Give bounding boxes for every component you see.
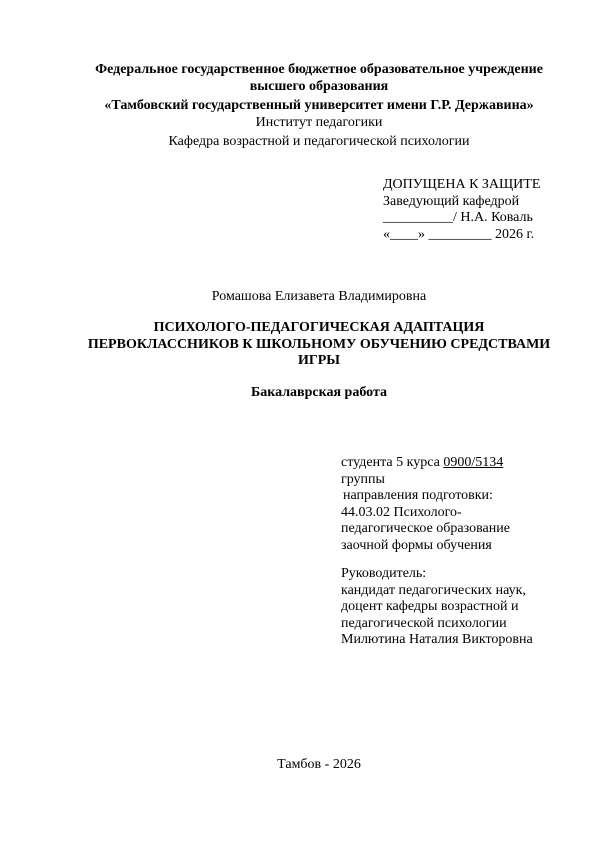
institute-name: Институт педагогики [60,114,578,131]
group-number: 0900/5134 [443,455,503,470]
university-name: «Тамбовский государственный университет … [60,97,578,114]
student-info-block: студента 5 курса 0900/5134 группы направ… [341,455,556,554]
thesis-title-line: ПСИХОЛОГО-ПЕДАГОГИЧЕСКАЯ АДАПТАЦИЯ [66,320,572,337]
direction-code: 44.03.02 Психолого- [341,505,556,522]
study-form: заочной формы обучения [341,538,556,555]
supervisor-degree: кандидат педагогических наук, [341,583,556,600]
author-name: Ромашова Елизавета Владимировна [60,289,578,306]
city-year: Тамбов - 2026 [60,757,578,774]
institution-level: высшего образования [60,78,578,95]
student-course: студента 5 курса [341,455,443,470]
approval-role: Заведующий кафедрой [383,194,573,211]
student-course-line: студента 5 курса 0900/5134 [341,455,556,472]
group-label: группы [341,472,556,489]
thesis-title-line: ИГРЫ [66,353,572,370]
approval-block: ДОПУЩЕНА К ЗАЩИТЕ Заведующий кафедрой __… [383,177,573,243]
supervisor-position: доцент кафедры возрастной и [341,599,556,616]
approval-title: ДОПУЩЕНА К ЗАЩИТЕ [383,177,573,194]
direction-name: педагогическое образование [341,521,556,538]
approval-signature: __________/ Н.А. Коваль [383,210,573,227]
direction-label: направления подготовки: [341,488,556,505]
supervisor-block: Руководитель: кандидат педагогических на… [341,566,556,649]
work-type: Бакалаврская работа [60,385,578,402]
thesis-title-line: ПЕРВОКЛАССНИКОВ К ШКОЛЬНОМУ ОБУЧЕНИЮ СРЕ… [66,337,572,354]
thesis-title: ПСИХОЛОГО-ПЕДАГОГИЧЕСКАЯ АДАПТАЦИЯ ПЕРВО… [66,320,572,370]
approval-date: «____» _________ 2026 г. [383,227,573,244]
institution-header: Федеральное государственное бюджетное об… [60,61,578,150]
department-name: Кафедра возрастной и педагогической псих… [60,133,578,150]
supervisor-department: педагогической психологии [341,616,556,633]
supervisor-label: Руководитель: [341,566,556,583]
supervisor-name: Милютина Наталия Викторовна [341,632,556,649]
institution-type: Федеральное государственное бюджетное об… [60,61,578,78]
